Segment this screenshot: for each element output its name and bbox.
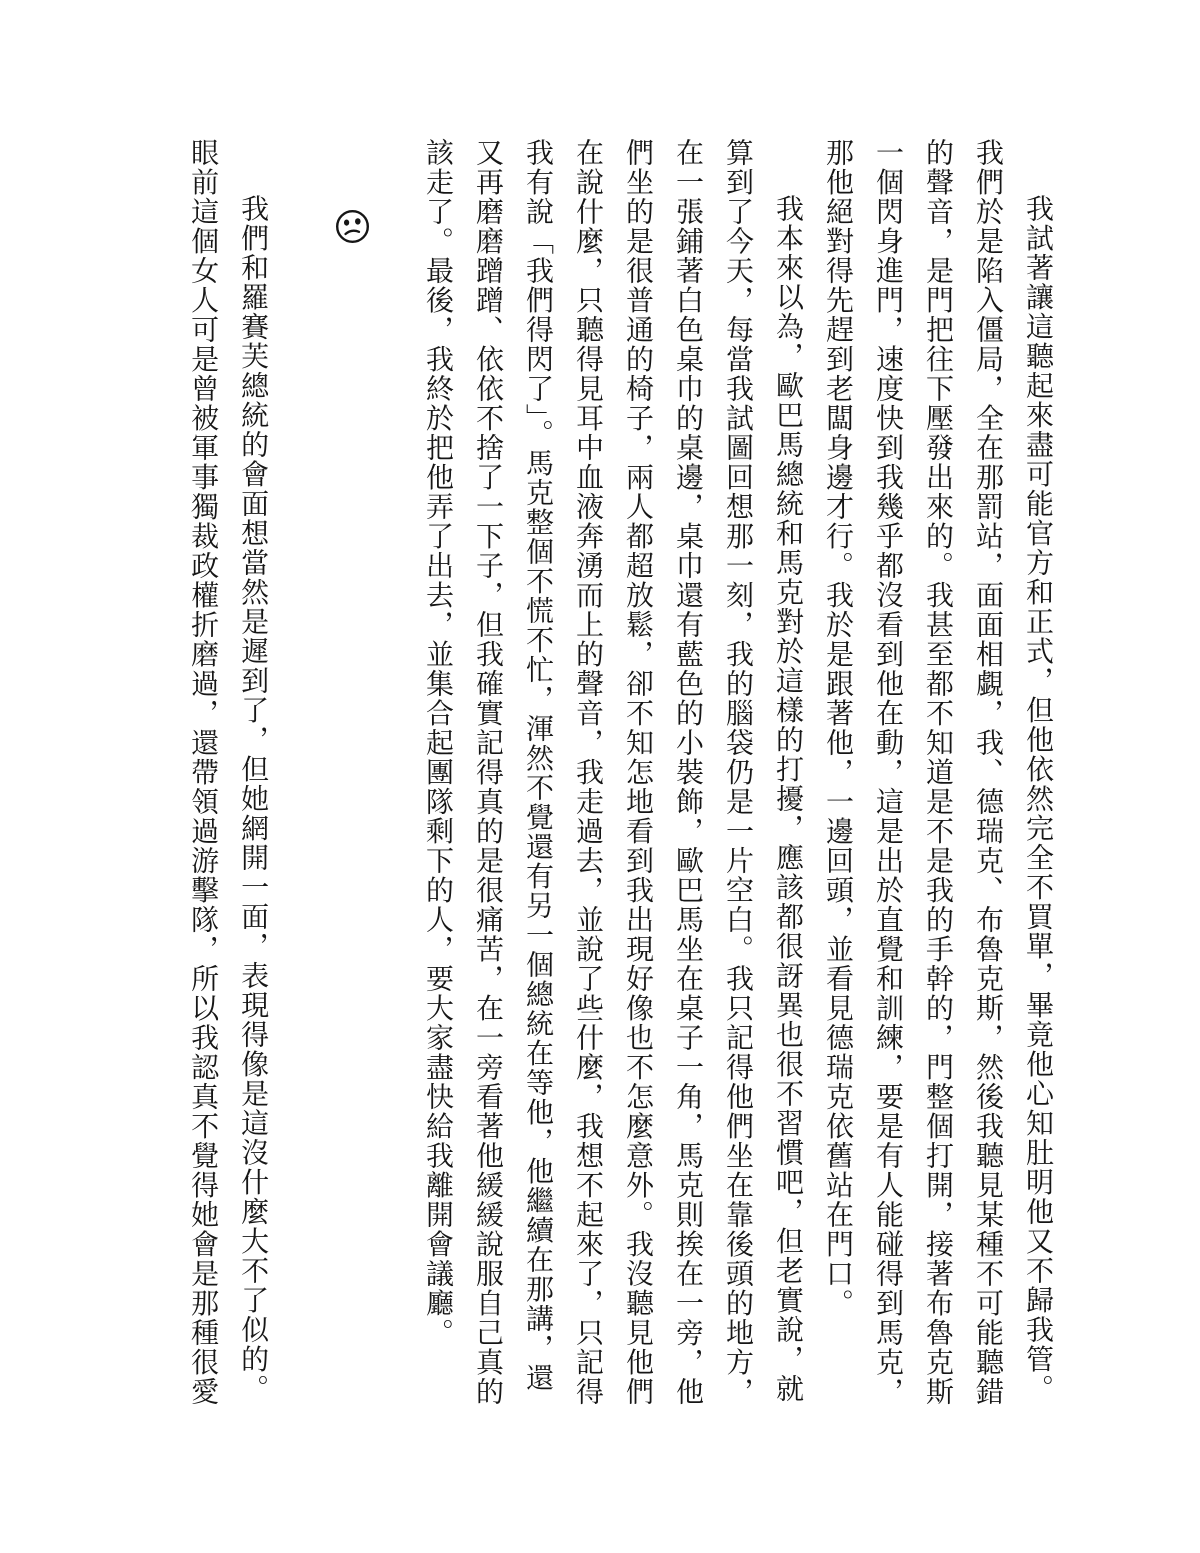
paragraph-emoticon	[320, 138, 371, 1408]
paragraph-1: 我試著讓這聽起來盡可能官方和正式，但他依然完全不買單，畢竟他心知肚明他又不歸我管…	[813, 138, 1063, 1408]
frowning-face-icon	[334, 208, 371, 245]
paragraph-3: 我們和羅賽芙總統的會面想當然是遲到了，但她網開一面，表現得像是這沒什麼大不了似的…	[178, 138, 278, 1408]
paragraph-2: 我本來以為，歐巴馬總統和馬克對於這樣的打擾，應該都很訝異也很不習慣吧，但老實說，…	[413, 138, 813, 1408]
vertical-text-block: 我試著讓這聽起來盡可能官方和正式，但他依然完全不買單，畢竟他心知肚明他又不歸我管…	[103, 138, 1063, 1408]
book-page: 我試著讓這聽起來盡可能官方和正式，但他依然完全不買單，畢竟他心知肚明他又不歸我管…	[0, 0, 1200, 1553]
